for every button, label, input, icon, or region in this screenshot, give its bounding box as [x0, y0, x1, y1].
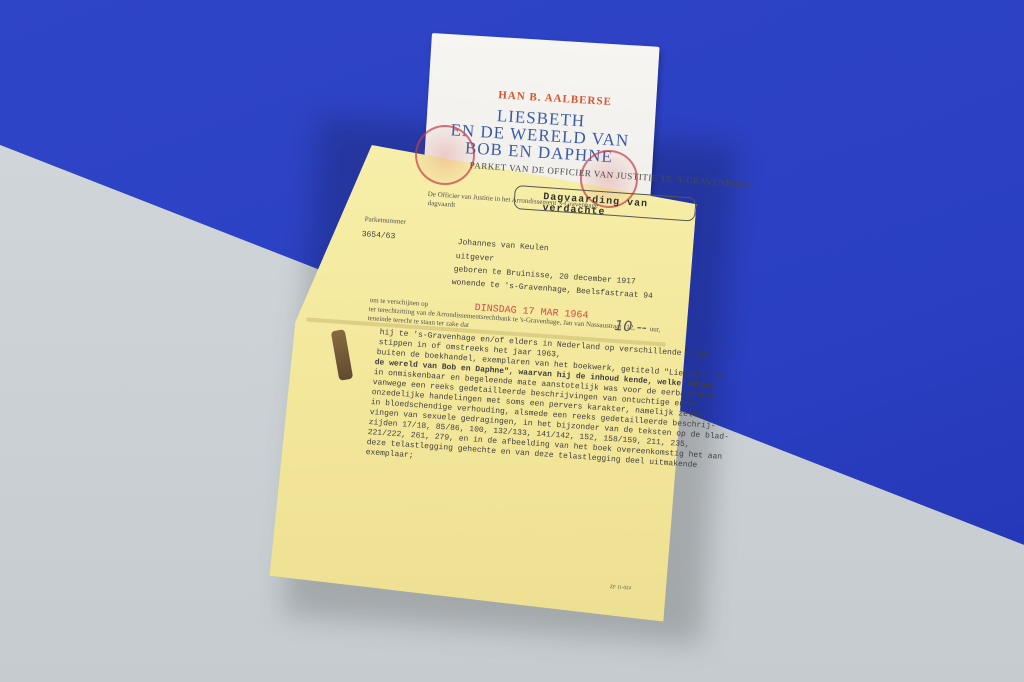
court-seal-stamp-left	[415, 125, 475, 185]
book-author: HAN B. AALBERSE	[498, 89, 612, 108]
handwritten-time: 10 --	[614, 318, 647, 336]
time-suffix: uur,	[649, 325, 660, 334]
